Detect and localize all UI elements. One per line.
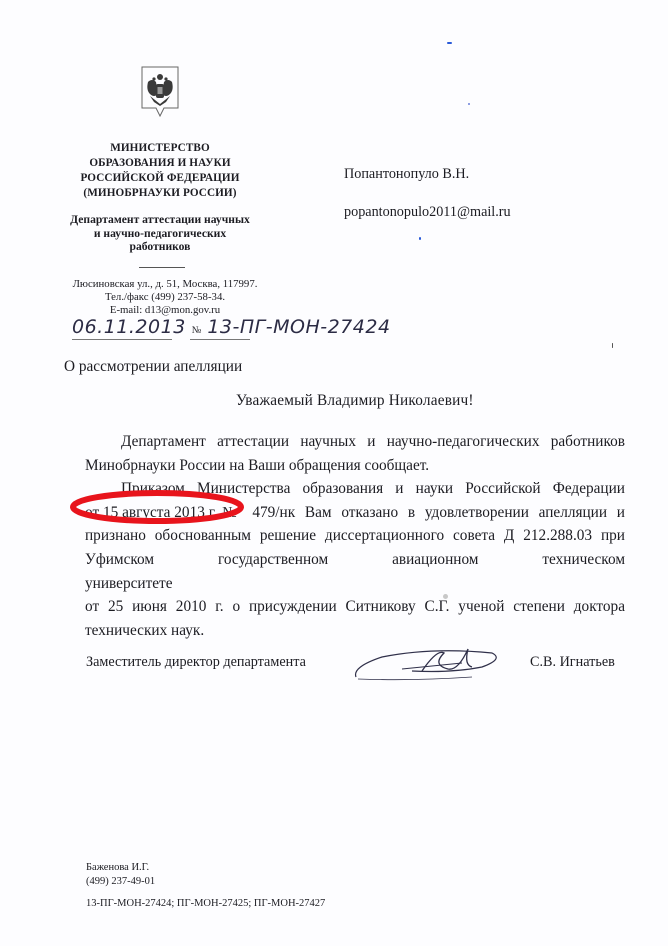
salutation: Уважаемый Владимир Николаевич!: [236, 392, 474, 410]
department-line: работников: [55, 240, 265, 254]
signatory-name: С.В. Игнатьев: [530, 654, 615, 671]
order-details: № 479/нк Вам отказано в удовлетворении а…: [222, 501, 625, 525]
registration-number-underline: [190, 339, 250, 340]
reference-numbers: 13-ПГ-МОН-27424; ПГ-МОН-27425; ПГ-МОН-27…: [86, 897, 325, 911]
body-line: Департамент аттестации научных и научно-…: [85, 430, 625, 454]
executor-phone: (499) 237-49-01: [86, 875, 155, 889]
executor-block: Баженова И.Г. (499) 237-49-01: [86, 861, 155, 888]
ministry-line: МИНИСТЕРСТВО: [80, 141, 240, 156]
coat-of-arms-icon: [138, 64, 182, 122]
department-line: Департамент аттестации научных: [55, 213, 265, 227]
registration-date-underline: [72, 339, 172, 340]
ministry-name: МИНИСТЕРСТВО ОБРАЗОВАНИЯ И НАУКИ РОССИЙС…: [80, 141, 240, 201]
body-line: технических наук.: [85, 619, 625, 643]
registration-line: 06.11.2013 № 13-ПГ-МОН-27424: [72, 316, 391, 338]
address-line: Тел./факс (499) 237-58-34.: [55, 291, 275, 304]
body-line: Уфимском государственном авиационном тех…: [85, 548, 625, 595]
handwritten-signature-icon: [352, 643, 502, 683]
scan-speck: [419, 237, 421, 240]
registration-number: 13-ПГ-МОН-27424: [207, 316, 390, 338]
scan-speck: [447, 42, 452, 44]
scan-speck: [443, 594, 448, 599]
body-line: от 25 июня 2010 г. о присуждении Ситнико…: [85, 595, 625, 619]
department-name: Департамент аттестации научных и научно-…: [55, 213, 265, 254]
recipient-name: Попантонопуло В.Н.: [344, 166, 469, 183]
scan-speck: [468, 103, 470, 105]
address-line: Люсиновская ул., д. 51, Москва, 117997.: [55, 278, 275, 291]
ministry-line: ОБРАЗОВАНИЯ И НАУКИ: [80, 156, 240, 171]
recipient-email: popantonopulo2011@mail.ru: [344, 204, 511, 221]
letterhead-divider: [139, 267, 185, 268]
department-address: Люсиновская ул., д. 51, Москва, 117997. …: [55, 278, 275, 317]
letter-subject: О рассмотрении апелляции: [64, 358, 242, 376]
signature-position: Заместитель директор департамента: [86, 654, 306, 671]
letter-body: Департамент аттестации научных и научно-…: [85, 430, 625, 642]
body-line: признано обоснованным решение диссертаци…: [85, 524, 625, 548]
red-ellipse-highlight: [68, 488, 246, 526]
number-sign: №: [192, 325, 202, 336]
registration-date: 06.11.2013: [72, 316, 186, 338]
scan-speck: [612, 343, 613, 348]
body-line: Минобрнауки России на Ваши обращения соо…: [85, 454, 625, 478]
executor-name: Баженова И.Г.: [86, 861, 155, 875]
department-line: и научно-педагогических: [55, 227, 265, 241]
ministry-line: (МИНОБРНАУКИ РОССИИ): [80, 186, 240, 201]
ministry-line: РОССИЙСКОЙ ФЕДЕРАЦИИ: [80, 171, 240, 186]
